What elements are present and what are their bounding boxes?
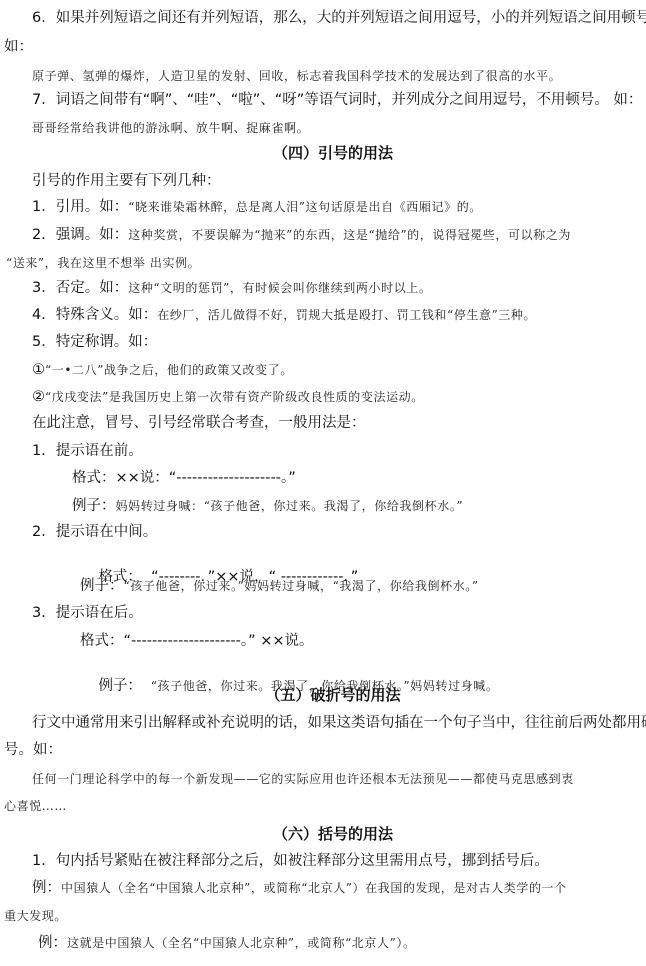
case-3-format: 格式：“---------------------。” ××说。 xyxy=(80,632,314,650)
format-label: 格式： xyxy=(72,470,116,486)
case-1-title: 1．提示语在前。 xyxy=(32,442,143,460)
quote-item-3: 3．否定。如：这种“文明的惩罚”，有时候会叫你继续到两小时以上。 xyxy=(32,279,432,297)
heading-quotes: （四）引号的用法 xyxy=(0,144,646,162)
case-1-format: 格式：××说：“--------------------。” xyxy=(72,469,296,487)
title-example-text: “一•二八”战争之后，他们的政策又改变了。 xyxy=(45,363,293,377)
format-pattern: “---------------------。” ××说。 xyxy=(124,633,314,649)
heading-dash: （五）破折号的用法 xyxy=(0,686,646,704)
example-text: 这就是中国猿人（全名“中国猿人北京种”，或简称“北京人”）。 xyxy=(67,936,416,950)
case-1-example: 例子：妈妈转过身喊：“孩子他爸，你过来。我渴了，你给我倒杯水。” xyxy=(72,497,463,515)
quote-item-5: 5．特定称谓。如： xyxy=(32,333,157,351)
example-label: 例： xyxy=(38,935,67,951)
title-example-2: ②“戊戌变法”是我国历史上第一次带有资产阶级改良性质的变法运动。 xyxy=(32,388,424,406)
quote-item-4: 4．特殊含义。如：在纱厂，活儿做得不好，罚规大抵是殴打、罚工钱和“停生意”三种。 xyxy=(32,306,536,324)
example-label: 例子： xyxy=(72,498,116,514)
rule-6-cont: 如： xyxy=(4,38,33,56)
dash-example: 任何一门理论科学中的每一个新发现——它的实际应用也许还根本无法预见——都使马克思… xyxy=(32,770,574,788)
format-pattern: ××说：“--------------------。” xyxy=(116,470,296,486)
quote-item-label: 1．引用。如： xyxy=(32,199,128,215)
quote-item-1: 1．引用。如：“晓来谁染霜林醉，总是离人泪”这句话原是出自《西厢记》的。 xyxy=(32,198,482,216)
quote-item-example: “晓来谁染霜林醉，总是离人泪”这句话原是出自《西厢记》的。 xyxy=(128,200,482,214)
paren-rule-1: 1．句内括号紧贴在被注释部分之后，如被注释部分这里需用点号，挪到括号后。 xyxy=(32,852,549,870)
quote-item-label: 3．否定。如： xyxy=(32,280,128,296)
example-text: 中国猿人（全名“中国猿人北京种”，或简称“北京人”）在我国的发现，是对古人类学的… xyxy=(61,881,567,895)
title-example-1: ①“一•二八”战争之后，他们的政策又改变了。 xyxy=(32,361,293,379)
example-text: “孩子他爸，你过来。”妈妈转过身喊，“我渴了，你给我倒杯水。” xyxy=(124,579,479,593)
combined-note: 在此注意，冒号、引号经常联合考查，一般用法是： xyxy=(32,414,366,432)
example-label: 例子： xyxy=(80,578,124,594)
dash-rule-cont: 号。如： xyxy=(4,741,62,759)
quote-item-example: 在纱厂，活儿做得不好，罚规大抵是殴打、罚工钱和“停生意”三种。 xyxy=(157,308,536,322)
heading-paren: （六）括号的用法 xyxy=(0,825,646,843)
paren-example-2: 例：这就是中国猿人（全名“中国猿人北京种”，或简称“北京人”）。 xyxy=(38,934,416,952)
case-3-title: 3．提示语在后。 xyxy=(32,604,143,622)
quote-item-label: 5．特定称谓。如： xyxy=(32,334,157,350)
rule-6-example: 原子弹、氢弹的爆炸，人造卫星的发射、回收，标志着我国科学技术的发展达到了很高的水… xyxy=(32,67,561,85)
example-label: 例： xyxy=(32,880,61,896)
case-2-example: 例子：“孩子他爸，你过来。”妈妈转过身喊，“我渴了，你给我倒杯水。” xyxy=(80,577,479,595)
dash-rule: 行文中通常用来引出解释或补充说明的话，如果这类语句插在一个句子当中，往往前后两处… xyxy=(32,714,646,732)
rule-7: 7．词语之间带有“啊”、“哇”、“啦”、“呀”等语气词时，并列成分之间用逗号，不… xyxy=(32,91,642,109)
title-example-text: “戊戌变法”是我国历史上第一次带有资产阶级改良性质的变法运动。 xyxy=(45,390,424,404)
rule-6: 6．如果并列短语之间还有并列短语，那么，大的并列短语之间用逗号，小的并列短语之间… xyxy=(32,9,646,27)
quote-item-example: 这种“文明的惩罚”，有时候会叫你继续到两小时以上。 xyxy=(128,281,431,295)
dash-example-cont: 心喜悦…… xyxy=(4,797,67,815)
quotes-intro: 引号的作用主要有下列几种： xyxy=(32,172,221,190)
case-2-title: 2．提示语在中间。 xyxy=(32,523,157,541)
paren-example-1-cont: 重大发现。 xyxy=(4,907,67,925)
rule-7-example: 哥哥经常给我讲他的游泳啊、放牛啊、捉麻雀啊。 xyxy=(32,119,309,137)
quote-item-label: 4．特殊含义。如： xyxy=(32,307,157,323)
quote-item-2: 2．强调。如：这种奖赏，不要误解为“抛来”的东西，这是“抛给”的，说得冠冕些，可… xyxy=(32,226,571,244)
circled-number-marker: ② xyxy=(32,389,45,405)
circled-number-marker: ① xyxy=(32,362,45,378)
quote-item-2-cont: “送来”，我在这里不想举 出实例。 xyxy=(6,254,200,272)
example-text: 妈妈转过身喊：“孩子他爸，你过来。我渴了，你给我倒杯水。” xyxy=(116,499,464,513)
format-label: 格式： xyxy=(80,633,124,649)
quote-item-example: 这种奖赏，不要误解为“抛来”的东西，这是“抛给”的，说得冠冕些，可以称之为 xyxy=(128,228,571,242)
quote-item-label: 2．强调。如： xyxy=(32,227,128,243)
paren-example-1: 例：中国猿人（全名“中国猿人北京种”，或简称“北京人”）在我国的发现，是对古人类… xyxy=(32,879,567,897)
